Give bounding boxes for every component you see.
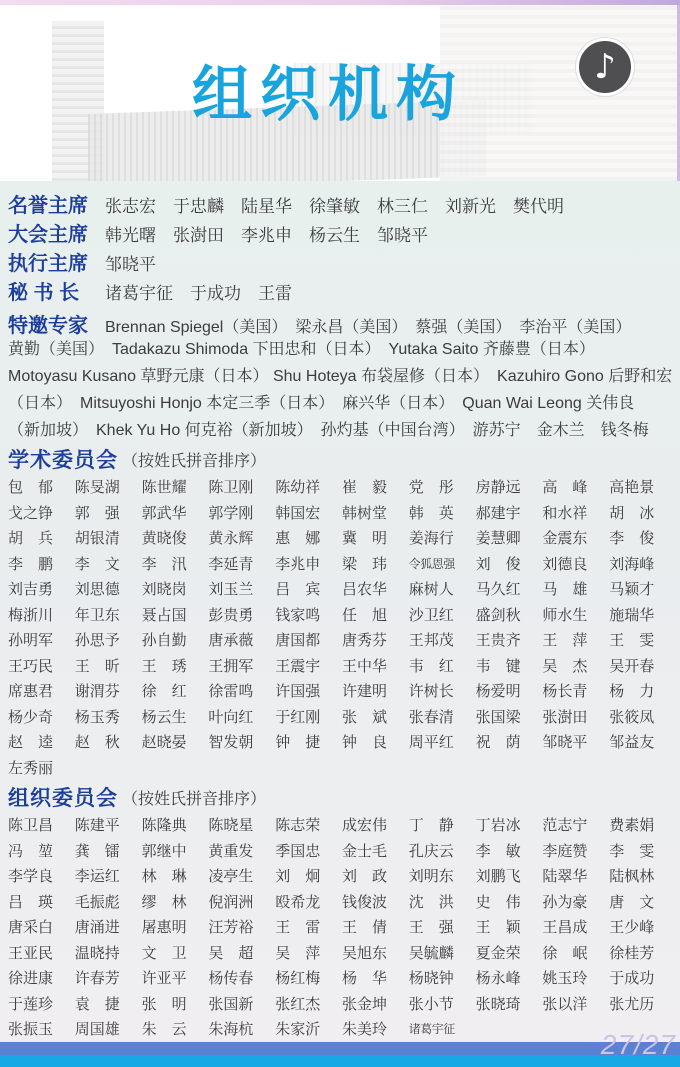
committee-row: 冯 堃龚 镭郭继中黄重发季国忠金士毛孔庆云李 敏李庭赞李 雯 [8, 838, 676, 864]
committee-member: 陈志荣 [275, 814, 342, 835]
committee-member: 房静远 [476, 476, 543, 497]
committee-row: 陈卫昌陈建平陈隆典陈晓星陈志荣成宏伟丁 静丁岩冰范志宁费素娟 [8, 812, 676, 838]
committee-member: 任 旭 [342, 604, 409, 625]
committee-member: 韦 红 [409, 655, 476, 676]
role-label: 大会主席 [8, 218, 105, 247]
committee-member: 陆翠华 [542, 865, 609, 886]
committee-member: 王中华 [342, 655, 409, 676]
role-names: 邹晓平 [105, 250, 156, 275]
committee-member: 成宏伟 [342, 814, 409, 835]
committee-member: 郝建宇 [476, 502, 543, 523]
committee-member: 谢渭芬 [75, 680, 142, 701]
committee-member: 陈幼祥 [275, 476, 342, 497]
committee-member: 杨爱明 [476, 680, 543, 701]
committee-row: 席惠君谢渭芬徐 红徐雷鸣许国强许建明许树长杨爱明杨长青杨 力 [8, 678, 676, 704]
committee-member: 孙为豪 [542, 891, 609, 912]
committee-member: 刘思德 [75, 578, 142, 599]
committee-member: 令狐恩强 [409, 555, 476, 572]
footer-bar-blue [0, 1042, 680, 1055]
committee-member: 吴毓麟 [409, 942, 476, 963]
committee-member: 王 萍 [542, 629, 609, 650]
committee-member: 王 强 [409, 916, 476, 937]
committee-member: 于莲珍 [8, 993, 75, 1014]
committee-member: 沈 洪 [409, 891, 476, 912]
slide: 组织机构 ♪ 名誉主席 张志宏 于忠麟 陆星华 徐肇敏 林三仁 刘新光 樊代明 … [0, 0, 680, 1067]
organizing-committee-grid: 陈卫昌陈建平陈隆典陈晓星陈志荣成宏伟丁 静丁岩冰范志宁费素娟冯 堃龚 镭郭继中黄… [8, 812, 676, 1042]
committee-member: 黄永辉 [208, 527, 275, 548]
role-label: 秘 书 长 [8, 276, 105, 305]
committee-member: 龚 镭 [75, 840, 142, 861]
committee-member: 王拥军 [208, 655, 275, 676]
committee-member: 胡银清 [75, 527, 142, 548]
committee-member: 杨长青 [542, 680, 609, 701]
committee-member: 聂占国 [142, 604, 209, 625]
committee-member: 缪 林 [142, 891, 209, 912]
committee-member: 朱美玲 [342, 1018, 409, 1039]
expert-names-line: Motoyasu Kusano 草野元康（日本） Shu Hoteya 布袋屋修… [8, 363, 676, 390]
role-row-secretary-general: 秘 书 长 诸葛宇征 于成功 王雷 [8, 276, 676, 305]
role-row-conference-chair: 大会主席 韩光曙 张澍田 李兆申 杨云生 邹晓平 [8, 218, 676, 247]
committee-member: 张晓琦 [476, 993, 543, 1014]
committee-member: 胡 兵 [8, 527, 75, 548]
committee-member: 唐 文 [609, 891, 676, 912]
committee-member: 郭 强 [75, 502, 142, 523]
expert-names-line: （新加坡） Khek Yu Ho 何克裕（新加坡） 孙灼基（中国台湾） 游苏宁 … [8, 417, 676, 444]
committee-member: 张春清 [409, 706, 476, 727]
committee-member: 孙明军 [8, 629, 75, 650]
music-note-icon[interactable]: ♪ [576, 38, 634, 96]
committee-member: 丁 静 [409, 814, 476, 835]
footer-bar-cyan [0, 1055, 680, 1067]
committee-member: 刘德良 [542, 553, 609, 574]
committee-member: 杨晓钟 [409, 967, 476, 988]
committee-member: 李运红 [75, 865, 142, 886]
committee-member: 徐进康 [8, 967, 75, 988]
committee-member: 邹益友 [609, 731, 676, 752]
committee-member: 王 雯 [609, 629, 676, 650]
committee-member: 盛剑秋 [476, 604, 543, 625]
role-row-honorary-chair: 名誉主席 张志宏 于忠麟 陆星华 徐肇敏 林三仁 刘新光 樊代明 [8, 189, 676, 218]
committee-member: 韩树堂 [342, 502, 409, 523]
role-label: 特邀专家 [8, 309, 105, 338]
committee-member: 陈卫刚 [208, 476, 275, 497]
committee-member: 朱家沂 [275, 1018, 342, 1039]
committee-member: 冯 堃 [8, 840, 75, 861]
committee-member: 梁 玮 [342, 553, 409, 574]
committee-member: 刘鹏飞 [476, 865, 543, 886]
committee-member: 吕 宾 [275, 578, 342, 599]
committee-member: 诸葛宇征 [409, 1020, 476, 1037]
campus-sketch-image [440, 5, 678, 181]
committee-member: 刘吉勇 [8, 578, 75, 599]
committee-member: 杨 华 [342, 967, 409, 988]
organizing-committee-subtitle: （按姓氏拼音排序） [122, 786, 266, 809]
committee-member: 祝 荫 [476, 731, 543, 752]
committee-member: 李兆申 [275, 553, 342, 574]
committee-member: 郭学刚 [208, 502, 275, 523]
committee-row: 孙明军孙思予孙自勤唐承薇唐国都唐秀芬王邦茂王贵齐王 萍王 雯 [8, 627, 676, 653]
committee-member: 费素娟 [609, 814, 676, 835]
committee-member: 张尤历 [609, 993, 676, 1014]
committee-member: 李 敏 [476, 840, 543, 861]
committee-member: 钟 捷 [275, 731, 342, 752]
committee-member: 钱家鸣 [275, 604, 342, 625]
committee-row: 于莲珍袁 捷张 明张国新张红杰张金坤张小节张晓琦张以洋张尤历 [8, 991, 676, 1017]
committee-member: 赵晓晏 [142, 731, 209, 752]
committee-member: 和水祥 [542, 502, 609, 523]
committee-member: 刘明东 [409, 865, 476, 886]
committee-member: 包 郁 [8, 476, 75, 497]
role-label: 名誉主席 [8, 189, 105, 218]
committee-member: 唐涌进 [75, 916, 142, 937]
committee-member: 戈之铮 [8, 502, 75, 523]
committee-row: 左秀丽 [8, 755, 676, 781]
committee-member: 杨少奇 [8, 706, 75, 727]
committee-member: 李 汛 [142, 553, 209, 574]
committee-member: 刘海峰 [609, 553, 676, 574]
committee-member: 史 伟 [476, 891, 543, 912]
academic-committee-title: 学术委员会 [8, 444, 118, 474]
committee-member: 季国忠 [275, 840, 342, 861]
committee-member: 吴旭东 [342, 942, 409, 963]
role-names: 诸葛宇征 于成功 王雷 [105, 279, 292, 304]
committee-member: 杨传春 [208, 967, 275, 988]
committee-member: 叶向红 [208, 706, 275, 727]
committee-member: 韩 英 [409, 502, 476, 523]
committee-member: 凌亭生 [208, 865, 275, 886]
committee-member: 张以洋 [542, 993, 609, 1014]
committee-member: 孙自勤 [142, 629, 209, 650]
committee-row: 梅浙川年卫东聂占国彭贵勇钱家鸣任 旭沙卫红盛剑秋师水生施瑞华 [8, 602, 676, 628]
committee-member: 陈晓星 [208, 814, 275, 835]
committee-member: 韩国宏 [275, 502, 342, 523]
committee-member: 惠 娜 [275, 527, 342, 548]
committee-member: 李 俊 [609, 527, 676, 548]
committee-member: 金震东 [542, 527, 609, 548]
committee-member: 党 彤 [409, 476, 476, 497]
committee-row: 徐进康许春芳许亚平杨传春杨红梅杨 华杨晓钟杨永峰姚玉玲于成功 [8, 965, 676, 991]
committee-member: 陈旻湖 [75, 476, 142, 497]
committee-row: 张振玉周国雄朱 云朱海杭朱家沂朱美玲诸葛宇征 [8, 1016, 676, 1042]
committee-member: 吴 杰 [542, 655, 609, 676]
role-row-executive-chair: 执行主席 邹晓平 [8, 247, 676, 276]
committee-member: 吴开春 [609, 655, 676, 676]
committee-member: 屠惠明 [142, 916, 209, 937]
expert-names-line: （日本） Mitsuyoshi Honjo 本定三季（日本） 麻兴华（日本） Q… [8, 390, 676, 417]
committee-member: 毛振彪 [75, 891, 142, 912]
academic-committee-subtitle: （按姓氏拼音排序） [122, 448, 266, 471]
committee-member: 王 琇 [142, 655, 209, 676]
committee-member: 张 斌 [342, 706, 409, 727]
invited-experts-row: 特邀专家 Brennan Spiegel（美国） 梁永昌（美国） 蔡强（美国） … [8, 309, 676, 336]
committee-member: 倪润洲 [208, 891, 275, 912]
committee-row: 吕 瑛毛振彪缪 林倪润洲殴希龙钱俊波沈 洪史 伟孙为豪唐 文 [8, 889, 676, 915]
committee-row: 包 郁陈旻湖陈世耀陈卫刚陈幼祥崔 毅党 彤房静远高 峰高艳景 [8, 474, 676, 500]
committee-member: 左秀丽 [8, 757, 75, 778]
committee-member: 陈世耀 [142, 476, 209, 497]
committee-member: 张国新 [208, 993, 275, 1014]
committee-member: 陈建平 [75, 814, 142, 835]
committee-member: 姜海行 [409, 527, 476, 548]
committee-member: 马颖才 [609, 578, 676, 599]
committee-member: 徐 岷 [542, 942, 609, 963]
committee-member: 黄晓俊 [142, 527, 209, 548]
committee-member: 陈卫昌 [8, 814, 75, 835]
role-names: 张志宏 于忠麟 陆星华 徐肇敏 林三仁 刘新光 樊代明 [105, 192, 564, 217]
committee-member: 麻树人 [409, 578, 476, 599]
committee-row: 赵 逵赵 秋赵晓晏智发朝钟 捷钟 良周平红祝 荫邹晓平邹益友 [8, 729, 676, 755]
committee-member: 杨永峰 [476, 967, 543, 988]
committee-member: 许亚平 [142, 967, 209, 988]
invited-experts-section: 特邀专家 Brennan Spiegel（美国） 梁永昌（美国） 蔡强（美国） … [8, 309, 676, 444]
committee-member: 王震宇 [275, 655, 342, 676]
committee-member: 周平红 [409, 731, 476, 752]
organizing-committee-header: 组织委员会 （按姓氏拼音排序） [8, 782, 676, 812]
committee-member: 朱海杭 [208, 1018, 275, 1039]
committee-member: 张澍田 [542, 706, 609, 727]
page-title: 组织机构 [192, 47, 464, 133]
committee-member: 彭贵勇 [208, 604, 275, 625]
committee-member: 王昌成 [542, 916, 609, 937]
committee-member: 姚玉玲 [542, 967, 609, 988]
committee-member: 文 卫 [142, 942, 209, 963]
committee-row: 胡 兵胡银清黄晓俊黄永辉惠 娜冀 明姜海行姜慧卿金震东李 俊 [8, 525, 676, 551]
committee-row: 杨少奇杨玉秀杨云生叶向红于红刚张 斌张春清张国梁张澍田张筱凤 [8, 704, 676, 730]
committee-member: 李延青 [208, 553, 275, 574]
music-note-glyph: ♪ [594, 50, 616, 84]
committee-member: 邹晓平 [542, 731, 609, 752]
committee-member: 郭继中 [142, 840, 209, 861]
committee-member: 汪芳裕 [208, 916, 275, 937]
committee-member: 张国梁 [476, 706, 543, 727]
committee-member: 吕农华 [342, 578, 409, 599]
committee-member: 吴 萍 [275, 942, 342, 963]
committee-member: 杨 力 [609, 680, 676, 701]
committee-row: 戈之铮郭 强郭武华郭学刚韩国宏韩树堂韩 英郝建宇和水祥胡 冰 [8, 500, 676, 526]
content-area: 名誉主席 张志宏 于忠麟 陆星华 徐肇敏 林三仁 刘新光 樊代明 大会主席 韩光… [0, 181, 680, 1042]
committee-member: 陈隆典 [142, 814, 209, 835]
committee-member: 马 雄 [542, 578, 609, 599]
committee-row: 王巧民王 昕王 琇王拥军王震宇王中华韦 红韦 键吴 杰吴开春 [8, 653, 676, 679]
committee-member: 张筱凤 [609, 706, 676, 727]
committee-member: 王贵齐 [476, 629, 543, 650]
committee-member: 刘 俊 [476, 553, 543, 574]
committee-member: 韦 键 [476, 655, 543, 676]
committee-member: 张 明 [142, 993, 209, 1014]
committee-member: 王亚民 [8, 942, 75, 963]
committee-member: 沙卫红 [409, 604, 476, 625]
committee-member: 师水生 [542, 604, 609, 625]
committee-member: 吴 超 [208, 942, 275, 963]
committee-member: 高艳景 [609, 476, 676, 497]
committee-member: 许建明 [342, 680, 409, 701]
committee-member: 王少峰 [609, 916, 676, 937]
committee-member: 张振玉 [8, 1018, 75, 1039]
committee-member: 年卫东 [75, 604, 142, 625]
committee-row: 唐采白唐涌进屠惠明汪芳裕王 雷王 倩王 强王 颖王昌成王少峰 [8, 914, 676, 940]
committee-member: 赵 秋 [75, 731, 142, 752]
committee-member: 张红杰 [275, 993, 342, 1014]
committee-row: 李 鹏李 文李 汛李延青李兆申梁 玮令狐恩强刘 俊刘德良刘海峰 [8, 551, 676, 577]
committee-member: 李学良 [8, 865, 75, 886]
committee-member: 吕 瑛 [8, 891, 75, 912]
committee-member: 唐国都 [275, 629, 342, 650]
committee-member: 许春芳 [75, 967, 142, 988]
role-label: 执行主席 [8, 247, 105, 276]
committee-member: 刘 炯 [275, 865, 342, 886]
committee-member: 张小节 [409, 993, 476, 1014]
committee-member: 李 文 [75, 553, 142, 574]
committee-member: 王 颖 [476, 916, 543, 937]
committee-member: 唐采白 [8, 916, 75, 937]
committee-member: 杨红梅 [275, 967, 342, 988]
committee-member: 王邦茂 [409, 629, 476, 650]
committee-member: 王 倩 [342, 916, 409, 937]
committee-member: 刘玉兰 [208, 578, 275, 599]
committee-member: 金士毛 [342, 840, 409, 861]
committee-member: 殴希龙 [275, 891, 342, 912]
committee-member: 钟 良 [342, 731, 409, 752]
committee-member: 智发朝 [208, 731, 275, 752]
committee-member: 王 昕 [75, 655, 142, 676]
committee-member: 刘晓岗 [142, 578, 209, 599]
committee-member: 冀 明 [342, 527, 409, 548]
academic-committee-grid: 包 郁陈旻湖陈世耀陈卫刚陈幼祥崔 毅党 彤房静远高 峰高艳景戈之铮郭 强郭武华郭… [8, 474, 676, 780]
committee-member: 杨玉秀 [75, 706, 142, 727]
committee-member: 徐桂芳 [609, 942, 676, 963]
committee-member: 黄重发 [208, 840, 275, 861]
academic-committee-header: 学术委员会 （按姓氏拼音排序） [8, 444, 676, 474]
committee-row: 王亚民温晓持文 卫吴 超吴 萍吴旭东吴毓麟夏金荣徐 岷徐桂芳 [8, 940, 676, 966]
committee-member: 梅浙川 [8, 604, 75, 625]
page-number: 27/27 [601, 1029, 676, 1061]
committee-member: 王 雷 [275, 916, 342, 937]
committee-member: 赵 逵 [8, 731, 75, 752]
committee-member: 唐秀芬 [342, 629, 409, 650]
committee-member: 唐承薇 [208, 629, 275, 650]
committee-member: 王巧民 [8, 655, 75, 676]
committee-member: 高 峰 [542, 476, 609, 497]
committee-member: 袁 捷 [75, 993, 142, 1014]
role-names: 韩光曙 张澍田 李兆申 杨云生 邹晓平 [105, 221, 428, 246]
committee-member: 于红刚 [275, 706, 342, 727]
committee-member: 张金坤 [342, 993, 409, 1014]
committee-member: 陆枫林 [609, 865, 676, 886]
organizing-committee-title: 组织委员会 [8, 782, 118, 812]
committee-member: 李 雯 [609, 840, 676, 861]
committee-member: 姜慧卿 [476, 527, 543, 548]
expert-names-line: 黄勤（美国） Tadakazu Shimoda 下田忠和（日本） Yutaka … [8, 336, 676, 363]
committee-member: 施瑞华 [609, 604, 676, 625]
committee-member: 夏金荣 [476, 942, 543, 963]
committee-member: 于成功 [609, 967, 676, 988]
committee-member: 崔 毅 [342, 476, 409, 497]
committee-member: 孔庆云 [409, 840, 476, 861]
committee-member: 徐 红 [142, 680, 209, 701]
committee-row: 刘吉勇刘思德刘晓岗刘玉兰吕 宾吕农华麻树人马久红马 雄马颖才 [8, 576, 676, 602]
committee-member: 郭武华 [142, 502, 209, 523]
committee-member: 许树长 [409, 680, 476, 701]
committee-member: 李 鹏 [8, 553, 75, 574]
committee-member: 席惠君 [8, 680, 75, 701]
committee-member: 马久红 [476, 578, 543, 599]
committee-member: 李庭赞 [542, 840, 609, 861]
committee-member: 范志宁 [542, 814, 609, 835]
committee-member: 杨云生 [142, 706, 209, 727]
committee-member: 林 琳 [142, 865, 209, 886]
committee-member: 胡 冰 [609, 502, 676, 523]
committee-member: 钱俊波 [342, 891, 409, 912]
committee-member: 周国雄 [75, 1018, 142, 1039]
committee-member: 孙思予 [75, 629, 142, 650]
committee-member: 徐雷鸣 [208, 680, 275, 701]
committee-row: 李学良李运红林 琳凌亭生刘 炯刘 政刘明东刘鹏飞陆翠华陆枫林 [8, 863, 676, 889]
committee-member: 朱 云 [142, 1018, 209, 1039]
committee-member: 温晓持 [75, 942, 142, 963]
committee-member: 许国强 [275, 680, 342, 701]
committee-member: 丁岩冰 [476, 814, 543, 835]
committee-member: 刘 政 [342, 865, 409, 886]
header-banner: 组织机构 ♪ [0, 5, 680, 181]
